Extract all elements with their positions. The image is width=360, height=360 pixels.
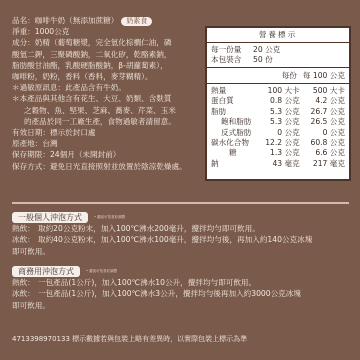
- table-row: 熱量100 大卡500 大卡: [207, 86, 349, 96]
- cold-drink-key: 冰飲：: [12, 288, 38, 299]
- per-100g-value: 26.7 公克: [304, 107, 349, 117]
- shelf-life: 保存期限：24個月（未開封前）: [12, 149, 204, 160]
- ingredients-line-2: 酸氫二鉀，三聚磷酸鈉，二氧化矽，乾酪素鈉，: [12, 49, 204, 60]
- nutrient-name: 脂肪: [207, 107, 258, 117]
- hot-drink-row: 熱飲：一包產品(1公斤)，加入100℃沸水10公升，攪拌均勻即可飲用。: [12, 277, 352, 288]
- commercial-brewing-label: 商務用沖泡方式: [12, 266, 80, 277]
- allergen-info: ＊過敏原訊息：此產品含有牛奶。: [12, 82, 204, 93]
- serving-info: 每一份量20 公克 本包裝含50 份: [207, 43, 349, 68]
- nutrient-name: 蛋白質: [207, 96, 258, 106]
- personal-brewing-note: • 濃淡可依喜好調整: [94, 212, 125, 223]
- table-row: 反式脂肪0 公克0 公克: [207, 128, 349, 138]
- per-serving-value: 12.2 公克: [258, 138, 303, 148]
- nutrition-title: 營養標示: [207, 28, 349, 43]
- net-weight: 淨重：1000公克: [12, 26, 204, 37]
- cold-drink-cont: 即可飲用。: [12, 300, 352, 311]
- expiry-date: 有效日期：標示於封口處: [12, 127, 204, 138]
- nutrient-name: 碳水化合物: [207, 138, 258, 148]
- per-100g-value: 0 公克: [304, 128, 349, 138]
- nutrient-name: 飽和脂肪: [207, 117, 258, 127]
- nutrition-rows: 熱量100 大卡500 大卡 蛋白質0.8 公克4.2 公克 脂肪5.3 公克2…: [207, 86, 349, 169]
- footer: 4713398970133 標示數據若與包裝上略有差異時，以實際包裝上標示為準: [12, 334, 247, 344]
- table-row: 鈉43 毫克217 毫克: [207, 159, 349, 169]
- hot-drink-instructions: 一包產品(1公斤)，加入100℃沸水10公升，攪拌均勻即可飲用。: [38, 277, 256, 288]
- origin: 原產地：台灣: [12, 138, 204, 149]
- cold-drink-row: 冰飲：一包產品(1公斤)，加入100℃沸水3公升，攪拌均勻後再加入約3000公克…: [12, 288, 352, 299]
- vegetarian-badge: 奶素食: [121, 17, 152, 26]
- disclaimer: 標示數據若與包裝上略有差異時，以實際包裝上標示為準: [72, 335, 247, 343]
- per-100g-value: 6.6 公克: [304, 148, 349, 158]
- nutrition-column-headers: 每份每 100 公克: [207, 68, 349, 84]
- table-row: 碳水化合物12.2 公克60.8 公克: [207, 138, 349, 148]
- table-row: 飽和脂肪5.3 公克26.5 公克: [207, 117, 349, 127]
- per-serving-value: 43 毫克: [258, 159, 303, 169]
- personal-brewing-label: 一般個人沖泡方式: [12, 212, 88, 223]
- commercial-brewing-note: • 濃淡可依喜好調整: [86, 266, 117, 277]
- cold-drink-instructions: 取約40公克粉末，加入100℃沸水100毫升，攪拌均勻後，再加入約140公克冰塊: [38, 234, 312, 245]
- product-info: 品名：咖啡牛奶（無添加蔗糖）奶素食 淨重：1000公克 成分：奶精（葡萄糖漿，完…: [12, 15, 204, 172]
- per-serving-value: 0.8 公克: [258, 96, 303, 106]
- serving-size: 20 公克: [253, 45, 280, 54]
- per-serving-value: 1.3 公克: [258, 148, 303, 158]
- per-100g-value: 60.8 公克: [304, 138, 349, 148]
- personal-brewing-section: 一般個人沖泡方式 • 濃淡可依喜好調整 熱飲：取約20公克粉末，加入100℃沸水…: [12, 212, 352, 257]
- servings: 50 份: [253, 55, 273, 64]
- hot-drink-row: 熱飲：取約20公克粉末，加入100℃沸水200毫升，攪拌均勻即可飲用。: [12, 223, 352, 234]
- per-serving-header: 每份: [282, 71, 297, 80]
- ingredients-line-1: 成分：奶精（葡萄糖漿，完全氫化棕櫚仁油，磷: [12, 37, 204, 48]
- product-name: 品名：咖啡牛奶（無添加蔗糖）: [12, 16, 118, 25]
- commercial-brewing-section: 商務用沖泡方式 • 濃淡可依喜好調整 熱飲：一包產品(1公斤)，加入100℃沸水…: [12, 266, 352, 311]
- product-name-line: 品名：咖啡牛奶（無添加蔗糖）奶素食: [12, 15, 204, 26]
- per-100g-value: 500 大卡: [304, 86, 349, 96]
- facility-notice-1: ＊本產品與其他含有花生、大豆、奶類、含麩質: [12, 93, 204, 104]
- hot-drink-key: 熱飲：: [12, 277, 38, 288]
- nutrient-name: 反式脂肪: [207, 128, 258, 138]
- facility-notice-3: 的產品於同一工廠生產，食物過敏者請留意。: [12, 116, 204, 127]
- hot-drink-key: 熱飲：: [12, 223, 38, 234]
- servings-label: 本包裝含: [211, 55, 253, 65]
- nutrient-name: 熱量: [207, 86, 258, 96]
- cold-drink-key: 冰飲：: [12, 234, 38, 245]
- per-serving-value: 5.3 公克: [258, 107, 303, 117]
- per-serving-value: 0 公克: [258, 128, 303, 138]
- storage: 保存方式：避免日光直接照射並放置於陰涼乾燥處。: [12, 161, 204, 172]
- ingredients-line-3: 脂肪酸甘油酯，乳酸硬脂酸鈉，β-胡蘿蔔素），: [12, 60, 204, 71]
- per-100g-value: 217 毫克: [304, 159, 349, 169]
- hot-drink-instructions: 取約20公克粉末，加入100℃沸水200毫升，攪拌均勻即可飲用。: [38, 223, 260, 234]
- serving-size-label: 每一份量: [211, 45, 253, 55]
- cold-drink-instructions: 一包產品(1公斤)，加入100℃沸水3公升，攪拌均勻後再加入約3000公克冰塊: [38, 288, 301, 299]
- table-row: 脂肪5.3 公克26.7 公克: [207, 107, 349, 117]
- facility-notice-2: 之穀物、魚、堅果、芝麻、蕎麥、芹菜、玉米: [12, 105, 204, 116]
- per-100g-value: 26.5 公克: [304, 117, 349, 127]
- cold-drink-row: 冰飲：取約40公克粉末，加入100℃沸水100毫升，攪拌均勻後，再加入約140公…: [12, 234, 352, 245]
- nutrient-name: 鈉: [207, 159, 258, 169]
- table-row: 糖1.3 公克6.6 公克: [207, 148, 349, 158]
- barcode-number: 4713398970133: [12, 335, 70, 343]
- per-serving-value: 100 大卡: [258, 86, 303, 96]
- per-100g-header: 每 100 公克: [303, 71, 345, 80]
- per-100g-value: 4.2 公克: [304, 96, 349, 106]
- table-row: 蛋白質0.8 公克4.2 公克: [207, 96, 349, 106]
- nutrition-facts-table: 營養標示 每一份量20 公克 本包裝含50 份 每份每 100 公克 熱量100…: [205, 26, 351, 181]
- ingredients-line-4: 咖啡粉，奶粉，香料（香料，麥芽糊精）。: [12, 71, 204, 82]
- per-serving-value: 5.3 公克: [258, 117, 303, 127]
- section-divider: [12, 202, 349, 204]
- nutrient-name: 糖: [207, 148, 258, 158]
- cold-drink-cont: 即可飲用。: [12, 246, 352, 257]
